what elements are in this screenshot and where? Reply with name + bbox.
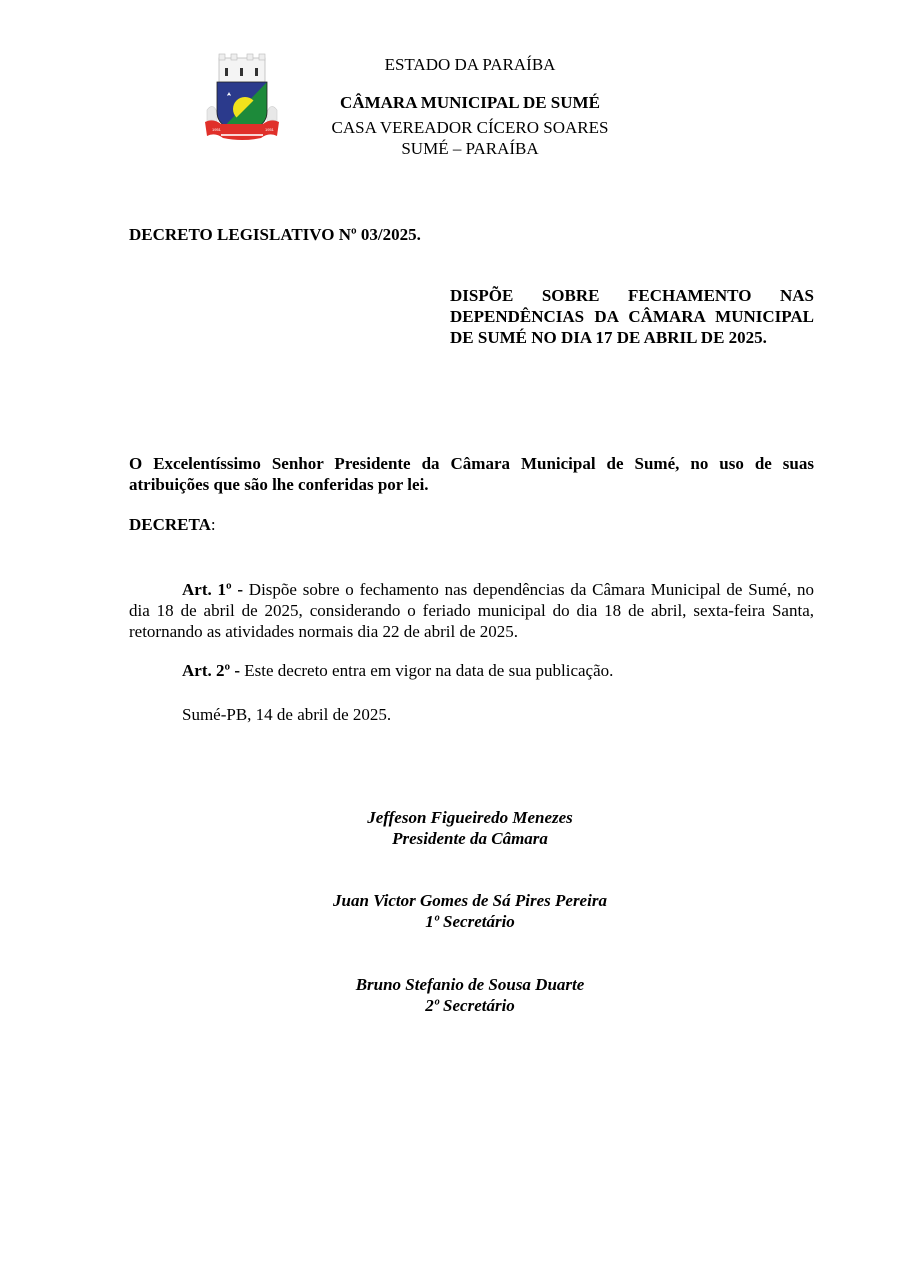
decree-preamble: O Excelentíssimo Senhor Presidente da Câ… <box>129 453 814 495</box>
signatory-name: Juan Victor Gomes de Sá Pires Pereira <box>270 890 670 911</box>
signatory-role: 2º Secretário <box>270 995 670 1016</box>
signatory-name: Bruno Stefanio de Sousa Duarte <box>270 974 670 995</box>
house-subheading: CASA VEREADOR CÍCERO SOARES <box>300 118 640 138</box>
decree-ementa: DISPÕE SOBRE FECHAMENTO NAS DEPENDÊNCIAS… <box>450 285 814 348</box>
svg-text:1951: 1951 <box>212 127 222 132</box>
signatory-role: 1º Secretário <box>270 911 670 932</box>
decree-title: DECRETO LEGISLATIVO Nº 03/2025. <box>129 225 421 245</box>
article-2-text: Este decreto entra em vigor na data de s… <box>240 661 613 680</box>
article-1-label: Art. 1º - <box>182 580 243 599</box>
signatory-role: Presidente da Câmara <box>270 828 670 849</box>
article-1: Art. 1º - Dispõe sobre o fechamento nas … <box>129 579 814 642</box>
article-2-label: Art. 2º - <box>182 661 240 680</box>
decreta-colon: : <box>211 515 216 534</box>
chamber-heading: CÂMARA MUNICIPAL DE SUMÉ <box>300 93 640 113</box>
decreta-word: DECRETA <box>129 515 211 534</box>
signature-block-second-secretary: Bruno Stefanio de Sousa Duarte 2º Secret… <box>270 974 670 1016</box>
city-subheading: SUMÉ – PARAÍBA <box>300 139 640 159</box>
coat-of-arms-icon: 1951 1951 <box>203 52 281 144</box>
signatory-name: Jeffeson Figueiredo Menezes <box>270 807 670 828</box>
state-heading: ESTADO DA PARAÍBA <box>300 55 640 75</box>
decreta-label: DECRETA: <box>129 515 216 535</box>
place-date: Sumé-PB, 14 de abril de 2025. <box>182 705 391 725</box>
svg-text:1951: 1951 <box>265 127 275 132</box>
signature-block-president: Jeffeson Figueiredo Menezes Presidente d… <box>270 807 670 849</box>
article-2: Art. 2º - Este decreto entra em vigor na… <box>182 661 613 681</box>
signature-block-first-secretary: Juan Victor Gomes de Sá Pires Pereira 1º… <box>270 890 670 932</box>
